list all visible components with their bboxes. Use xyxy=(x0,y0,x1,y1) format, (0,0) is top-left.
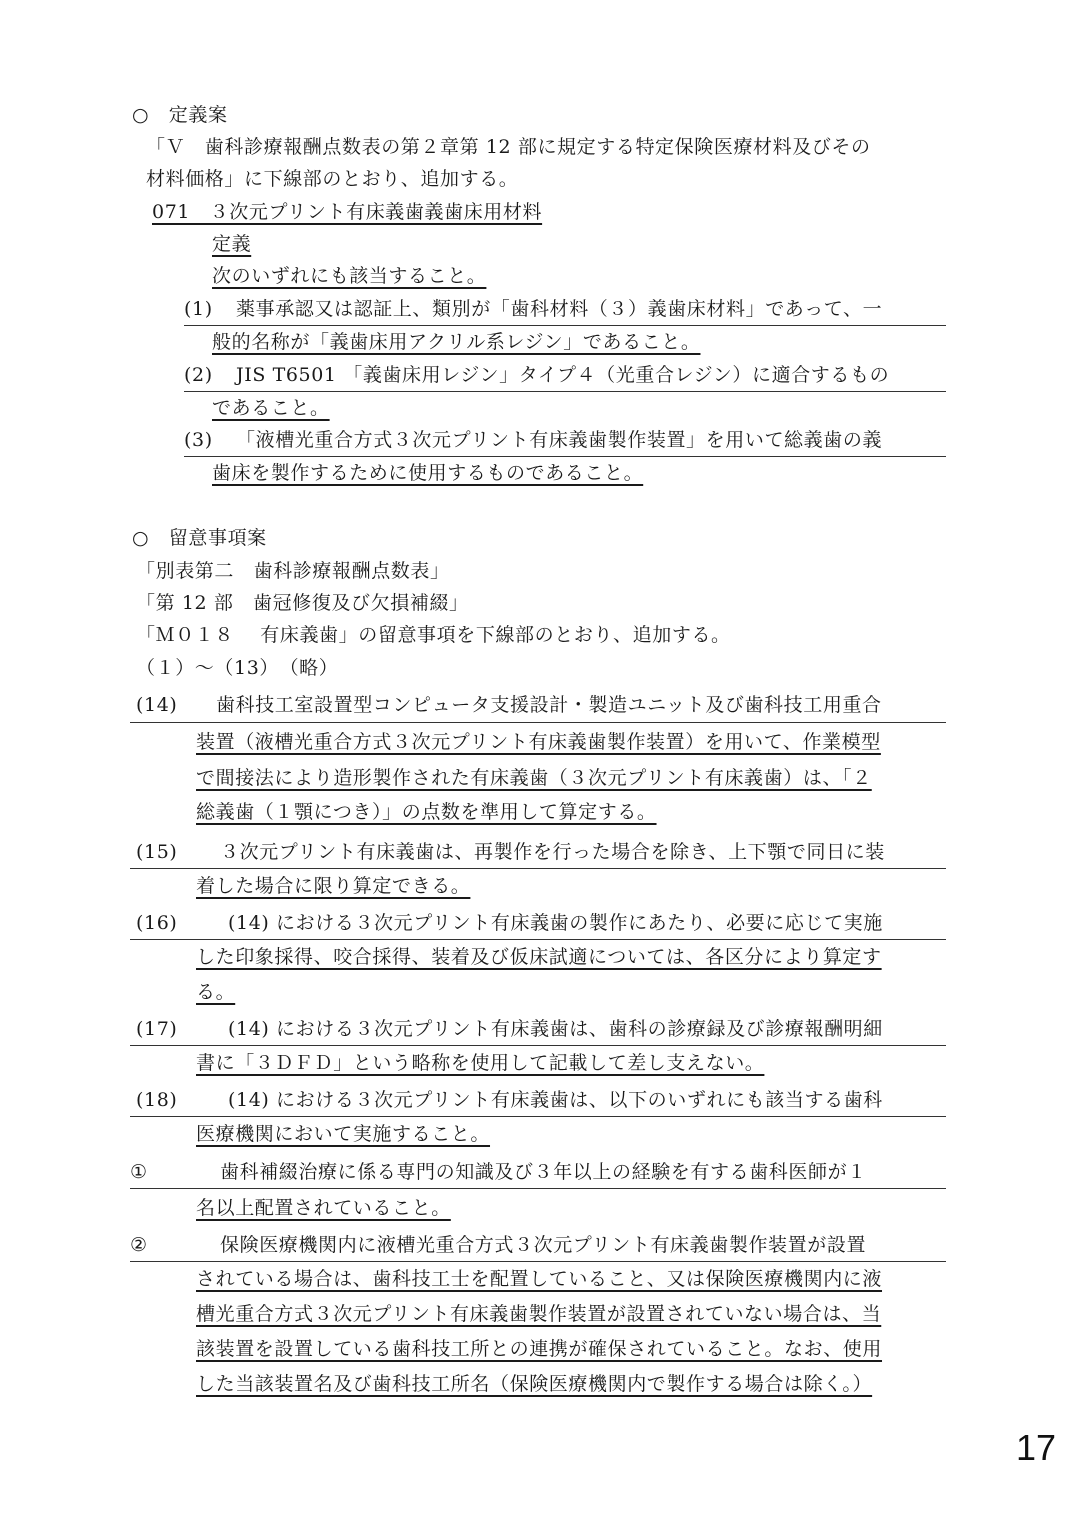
intro-line-2: 材料価格」に下線部のとおり、追加する。 xyxy=(146,167,518,191)
item-label: ② xyxy=(130,1233,220,1257)
item-label: (16) xyxy=(136,911,228,935)
requirement-2-line-3: 槽光重合方式３次元プリント有床義歯製作装置が設置されていない場合は、当 xyxy=(196,1302,881,1326)
item-label: (14) xyxy=(136,693,216,717)
requirement-1-line-1: ①歯科補綴治療に係る専門の知識及び３年以上の経験を有する歯科医師が１ xyxy=(130,1160,867,1184)
item-title: 071 ３次元プリント有床義歯義歯床用材料 xyxy=(152,200,542,224)
section-heading-definition: ○ 定義案 xyxy=(132,103,228,127)
requirement-2-line-1: ②保険医療機関内に液槽光重合方式３次元プリント有床義歯製作装置が設置 xyxy=(130,1233,866,1257)
item-label: (18) xyxy=(136,1088,228,1112)
ref-line-3: 「Ｍ０１８ 有床義歯」の留意事項を下線部のとおり、追加する。 xyxy=(136,623,731,647)
item-17-line-1: (17)(14) における３次元プリント有床義歯は、歯科の診療録及び診療報酬明細 xyxy=(136,1017,883,1041)
document-page: ○ 定義案 「Ｖ 歯科診療報酬点数表の第２章第 12 部に規定する特定保険医療材… xyxy=(0,0,1076,1521)
underline xyxy=(130,1116,946,1117)
omitted-items: （１）～（13） （略） xyxy=(136,656,338,680)
underline xyxy=(184,456,946,457)
underline xyxy=(130,1045,946,1046)
item-14-line-2: 装置（液槽光重合方式３次元プリント有床義歯製作装置）を用いて、作業模型 xyxy=(196,730,881,754)
condition-1-line-2: 般的名称が「義歯床用アクリル系レジン」であること。 xyxy=(212,330,700,354)
item-16-line-2: した印象採得、咬合採得、装着及び仮床試適については、各区分により算定す xyxy=(196,945,882,969)
underline xyxy=(130,868,946,869)
item-16-line-1: (16)(14) における３次元プリント有床義歯の製作にあたり、必要に応じて実施 xyxy=(136,911,883,935)
item-label: (17) xyxy=(136,1017,228,1041)
underline xyxy=(130,939,946,940)
requirement-2-line-2: されている場合は、歯科技工士を配置していること、又は保険医療機関内に液 xyxy=(196,1267,882,1291)
ref-line-2: 「第 12 部 歯冠修復及び欠損補綴」 xyxy=(136,591,469,615)
item-14-line-4: 総義歯（１顎につき）」の点数を準用して算定する。 xyxy=(196,800,657,824)
definition-label: 定義 xyxy=(212,232,251,256)
item-17-line-2: 書に「３ＤＦＤ」という略称を使用して記載して差し支えない。 xyxy=(196,1051,764,1075)
item-16-line-3: る。 xyxy=(196,980,235,1004)
ref-line-1: 「別表第二 歯科診療報酬点数表」 xyxy=(136,559,450,583)
condition-3-line-2: 歯床を製作するために使用するものであること。 xyxy=(212,461,643,485)
item-15-line-1: (15)３次元プリント有床義歯は、再製作を行った場合を除き、上下顎で同日に装 xyxy=(136,840,885,864)
condition-2-line-1: (2)JIS T6501 「義歯床用レジン」タイプ４（光重合レジン）に適合するも… xyxy=(184,363,889,387)
intro-line-1: 「Ｖ 歯科診療報酬点数表の第２章第 12 部に規定する特定保険医療材料及びその xyxy=(146,135,871,159)
condition-3-line-1: (3)「液槽光重合方式３次元プリント有床義歯製作装置」を用いて総義歯の義 xyxy=(184,428,882,452)
item-14-line-1: (14)歯科技工室設置型コンピュータ支援設計・製造ユニット及び歯科技工用重合 xyxy=(136,693,882,717)
requirement-2-line-5: した当該装置名及び歯科技工所名（保険医療機関内で製作する場合は除く。） xyxy=(196,1372,872,1396)
underline xyxy=(184,391,946,392)
condition-2-line-2: であること。 xyxy=(212,396,330,420)
condition-1-line-1: (1)薬事承認又は認証上、類別が「歯科材料（３）義歯床材料」であって、一 xyxy=(184,297,882,321)
item-18-line-2: 医療機関において実施すること。 xyxy=(196,1122,490,1146)
requirement-1-line-2: 名以上配置されていること。 xyxy=(196,1196,451,1220)
definition-lead: 次のいずれにも該当すること。 xyxy=(212,264,486,288)
condition-label: (1) xyxy=(184,297,236,321)
item-15-line-2: 着した場合に限り算定できる。 xyxy=(196,874,470,898)
section-heading-notes: ○ 留意事項案 xyxy=(132,526,267,550)
page-number: 17 xyxy=(1016,1428,1056,1468)
requirement-2-line-4: 該装置を設置している歯科技工所との連携が確保されていること。なお、使用 xyxy=(196,1337,882,1361)
condition-label: (3) xyxy=(184,428,236,452)
underline xyxy=(130,1188,946,1189)
item-14-line-3: で間接法により造形製作された有床義歯（３次元プリント有床義歯）は、「２ xyxy=(196,766,872,790)
item-label: ① xyxy=(130,1160,220,1184)
item-18-line-1: (18)(14) における３次元プリント有床義歯は、以下のいずれにも該当する歯科 xyxy=(136,1088,883,1112)
condition-label: (2) xyxy=(184,363,236,387)
underline xyxy=(130,1261,946,1262)
item-label: (15) xyxy=(136,840,220,864)
underline xyxy=(130,722,946,723)
underline xyxy=(184,325,946,326)
